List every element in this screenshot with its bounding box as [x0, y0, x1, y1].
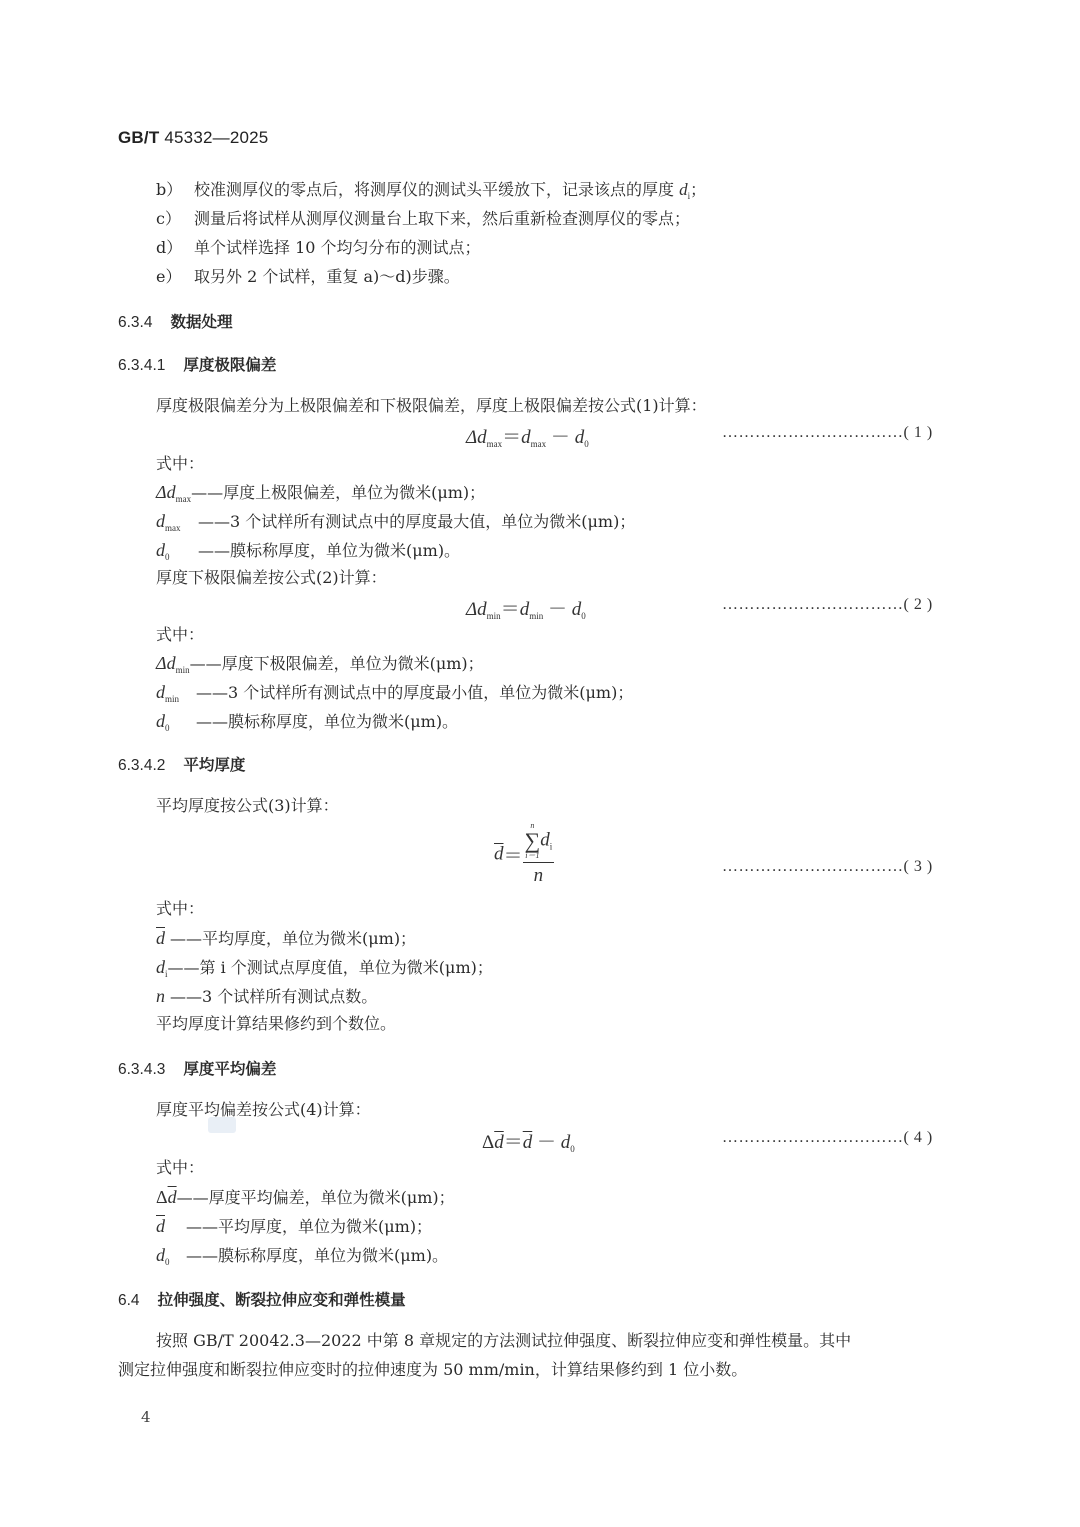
- section-heading-6-3-4-2: 6.3.4.2平均厚度: [118, 753, 245, 775]
- where-label: 式中：: [156, 1158, 204, 1178]
- definition-delta-dbar: Δd——厚度平均偏差，单位为微米(μm)；: [156, 1187, 455, 1208]
- paragraph-rounding-note: 平均厚度计算结果修约到个数位。: [156, 1014, 396, 1034]
- paragraph-intro-eq4: 厚度平均偏差按公式(4)计算：: [156, 1100, 371, 1120]
- definition-d0: d0——膜标称厚度，单位为微米(μm)。: [156, 540, 460, 567]
- paragraph-intro-eq2: 厚度下极限偏差按公式(2)计算：: [156, 568, 387, 588]
- paragraph-6-4-line1: 按照 GB/T 20042.3—2022 中第 8 章规定的方法测试拉伸强度、断…: [156, 1331, 851, 1351]
- definition-dmax: dmax——3 个试样所有测试点中的厚度最大值，单位为微米(μm)；: [156, 511, 635, 538]
- where-label: 式中：: [156, 899, 204, 919]
- definition-delta-dmin: Δdmin——厚度下极限偏差，单位为微米(μm)；: [156, 653, 484, 680]
- where-label: 式中：: [156, 625, 204, 645]
- paragraph-6-4-line2: 测定拉伸强度和断裂拉伸应变时的拉伸速度为 50 mm/min，计算结果修约到 1…: [118, 1360, 747, 1380]
- paragraph-intro-eq3: 平均厚度按公式(3)计算：: [156, 796, 339, 816]
- equation-3-number: ……………………………( 3 ): [722, 858, 933, 876]
- equation-2-number: ……………………………( 2 ): [722, 596, 933, 614]
- section-heading-6-3-4: 6.3.4数据处理: [118, 310, 233, 332]
- step-b: b）校准测厚仪的零点后，将测厚仪的测试头平缓放下，记录该点的厚度 di；: [156, 180, 706, 206]
- page-number: 4: [141, 1408, 151, 1426]
- paragraph-intro-eq1: 厚度极限偏差分为上极限偏差和下极限偏差，厚度上极限偏差按公式(1)计算：: [156, 396, 707, 416]
- equation-3: d＝ n∑i＝1di n: [494, 822, 554, 887]
- where-label: 式中：: [156, 454, 204, 474]
- definition-di: di——第 i 个测试点厚度值，单位为微米(μm)；: [156, 957, 493, 984]
- step-c: c）测量后将试样从测厚仪测量台上取下来，然后重新检查测厚仪的零点；: [156, 209, 690, 229]
- definition-delta-dmax: Δdmax——厚度上极限偏差，单位为微米(μm)；: [156, 482, 485, 509]
- definition-n: n——3 个试样所有测试点数。: [156, 986, 377, 1007]
- section-heading-6-3-4-3: 6.3.4.3厚度平均偏差: [118, 1057, 276, 1079]
- equation-1: Δdmax＝dmax － d0: [466, 422, 589, 449]
- standard-number: 45332—2025: [164, 128, 268, 147]
- step-d: d）单个试样选择 10 个均匀分布的测试点；: [156, 238, 481, 258]
- step-e: e）取另外 2 个试样，重复 a)～d)步骤。: [156, 267, 460, 287]
- equation-1-number: ……………………………( 1 ): [722, 424, 933, 442]
- equation-4-number: ……………………………( 4 ): [722, 1129, 933, 1147]
- watermark-artifact: [208, 1117, 236, 1133]
- definition-d0: d0——膜标称厚度，单位为微米(μm)。: [156, 711, 458, 738]
- definition-dbar: d——平均厚度，单位为微米(μm)；: [156, 928, 416, 949]
- section-heading-6-3-4-1: 6.3.4.1厚度极限偏差: [118, 353, 276, 375]
- standard-code: GB/T: [118, 128, 159, 147]
- equation-4: Δd＝d － d0: [482, 1127, 575, 1154]
- section-heading-6-4: 6.4拉伸强度、断裂拉伸应变和弹性模量: [118, 1288, 406, 1310]
- definition-dmin: dmin——3 个试样所有测试点中的厚度最小值，单位为微米(μm)；: [156, 682, 633, 709]
- document-header: GB/T 45332—2025: [118, 128, 268, 148]
- definition-dbar: d——平均厚度，单位为微米(μm)；: [156, 1216, 432, 1237]
- definition-d0: d0——膜标称厚度，单位为微米(μm)。: [156, 1245, 448, 1272]
- equation-2: Δdmin＝dmin － d0: [466, 594, 586, 621]
